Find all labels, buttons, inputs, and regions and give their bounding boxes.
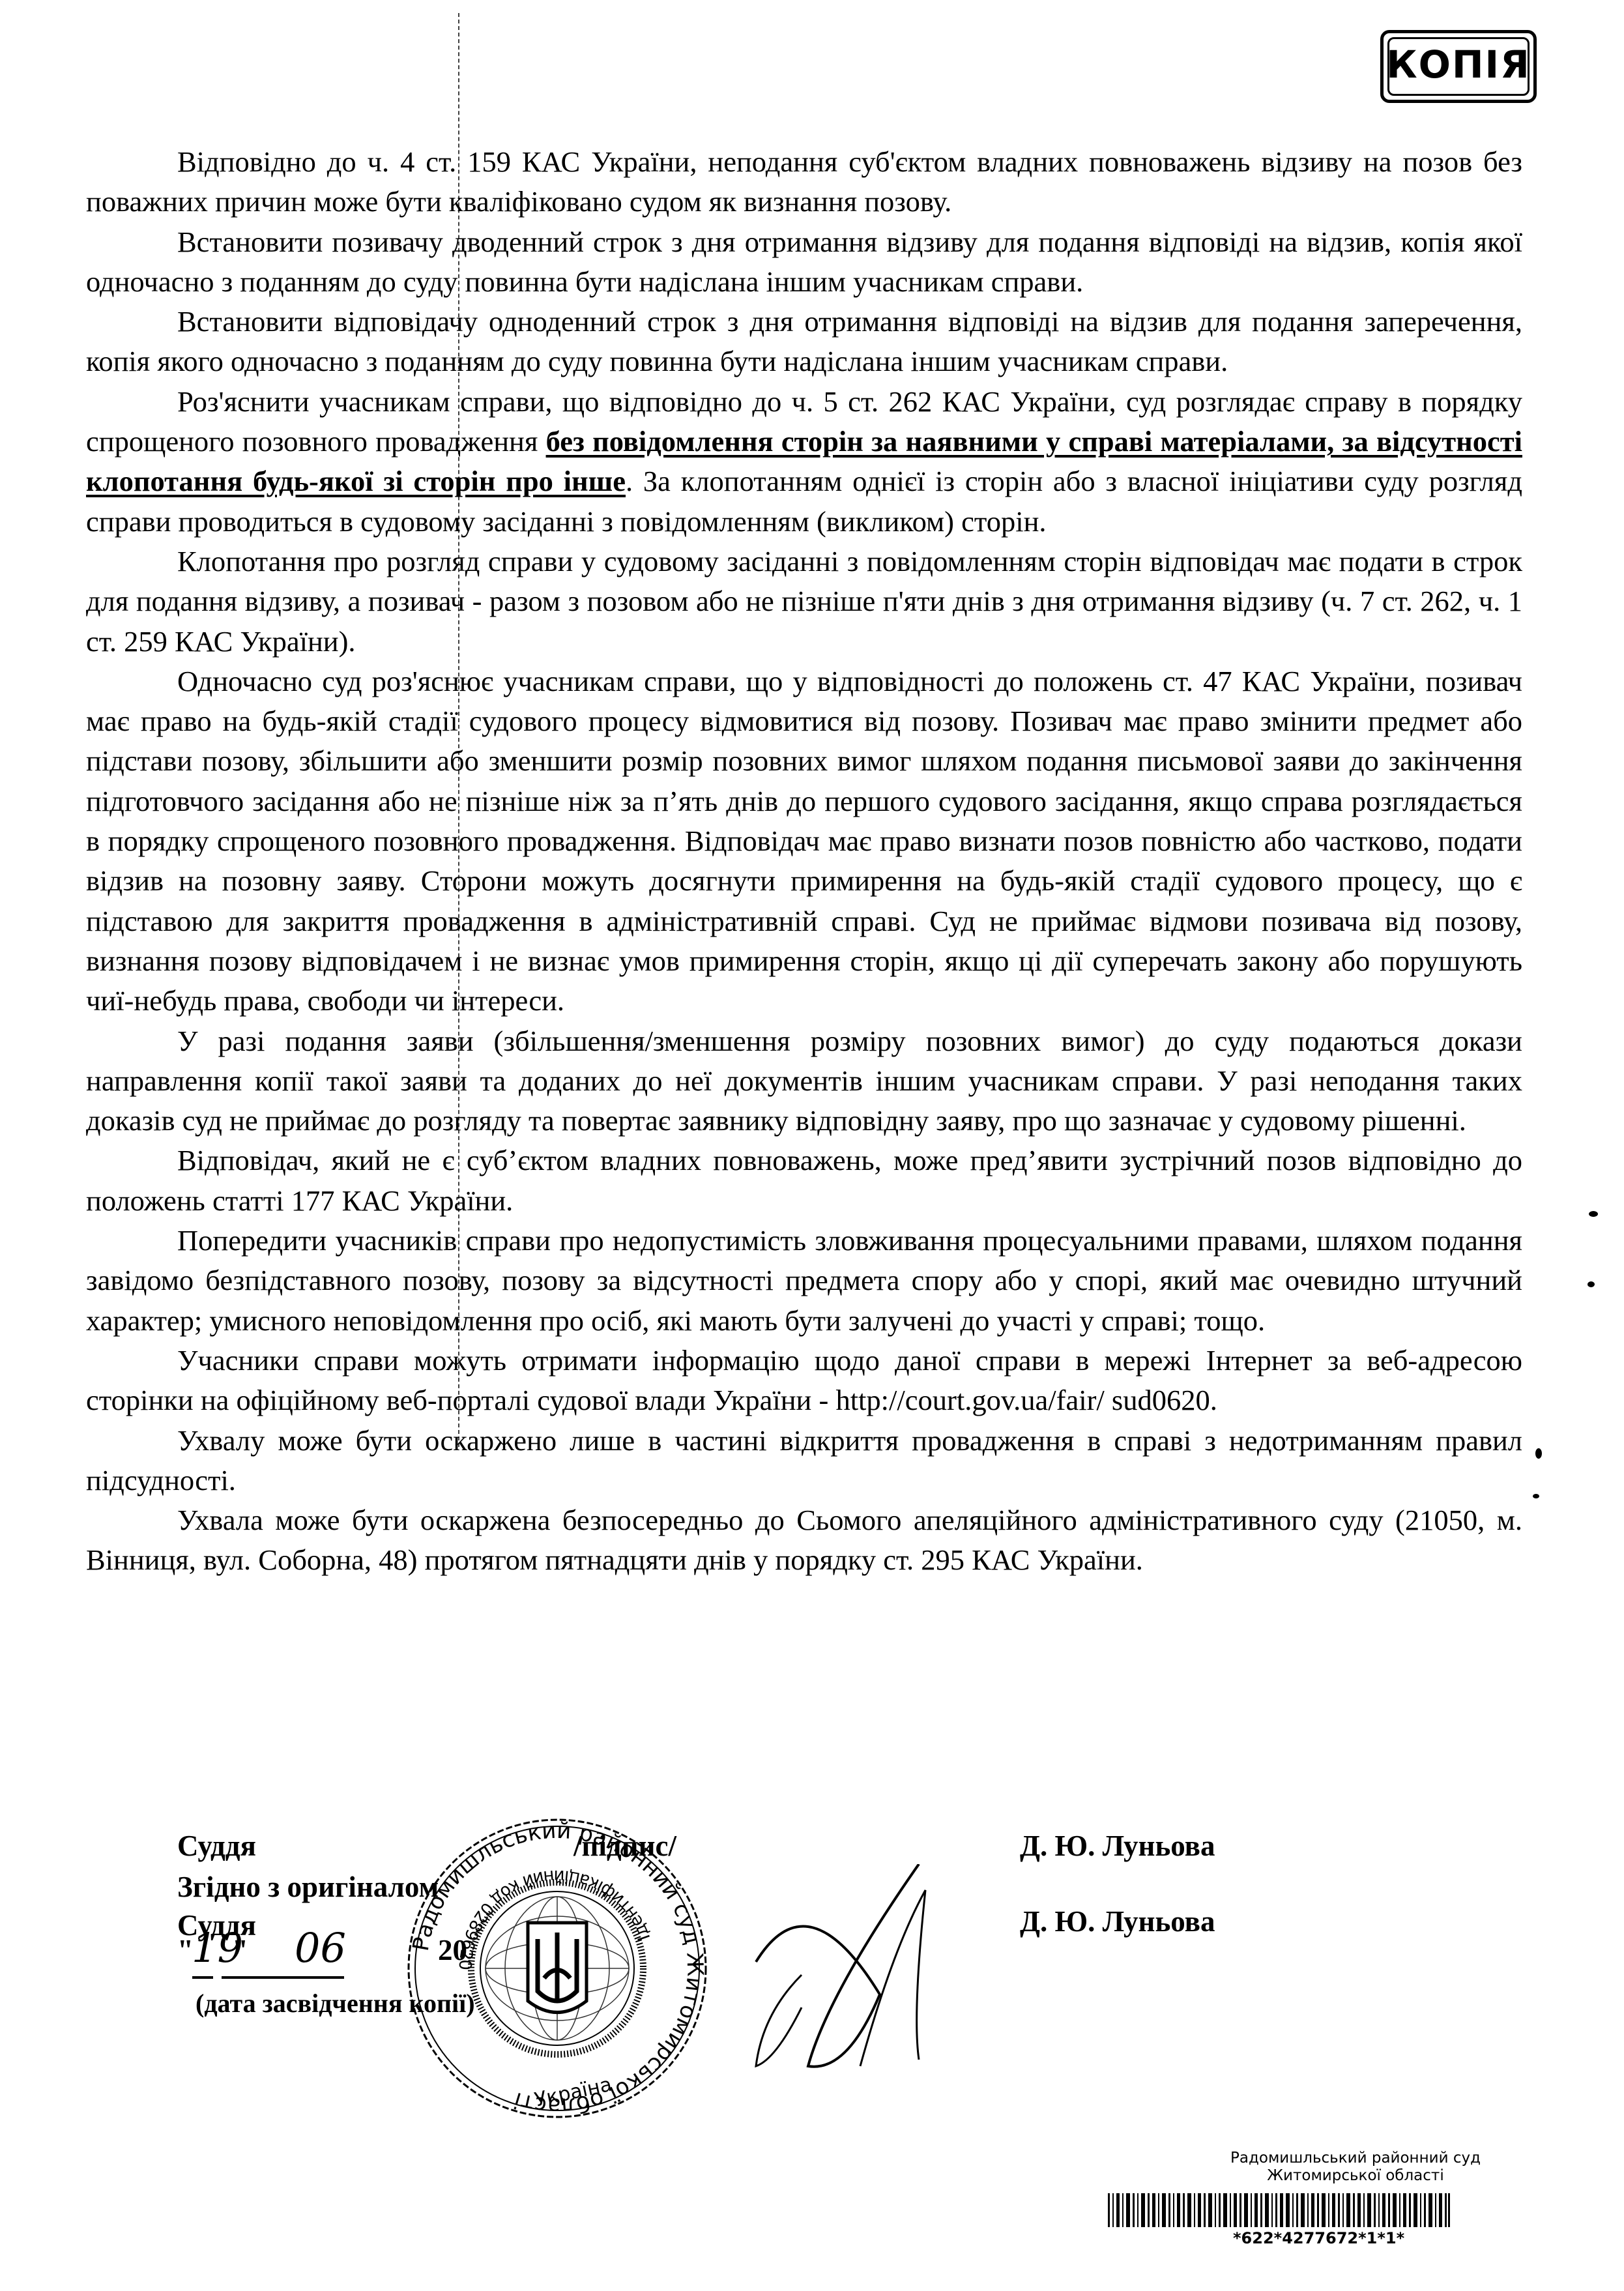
barcode-icon xyxy=(1108,2193,1450,2227)
barcode-value: *622*4277672*1*1* xyxy=(1173,2229,1499,2247)
court-name-line1: Радомишльський районний суд xyxy=(1173,2150,1538,2167)
copy-stamp: КОПІЯ xyxy=(1380,30,1537,103)
date-month-underline xyxy=(222,1976,344,1979)
paragraph-plaintiff-reply: Встановити позивачу дводенний строк з дн… xyxy=(86,222,1522,302)
scan-speck xyxy=(1588,1281,1595,1287)
scan-speck xyxy=(1589,1211,1598,1217)
scan-speck xyxy=(1535,1448,1542,1459)
date-year-prefix: 20 xyxy=(438,1933,467,1967)
judge-name-2: Д. Ю. Луньова xyxy=(1020,1904,1215,1938)
paragraph-response-deadline: Відповідно до ч. 4 ст. 159 КАС України, … xyxy=(86,142,1522,222)
document-page: КОПІЯ Відповідно до ч. 4 ст. 159 КАС Укр… xyxy=(0,0,1624,2291)
copy-stamp-label: КОПІЯ xyxy=(1384,42,1533,87)
paragraph-abuse-warning: Попередити учасників справи про недопуст… xyxy=(86,1221,1522,1341)
scan-speck xyxy=(1533,1494,1539,1498)
paragraph-claim-change: У разі подання заяви (збільшення/зменшен… xyxy=(86,1021,1522,1141)
date-day-underline xyxy=(192,1976,213,1979)
judge-name: Д. Ю. Луньова xyxy=(1020,1829,1215,1863)
paragraph-appeal-jurisdiction: Ухвалу може бути оскаржено лише в частин… xyxy=(86,1421,1522,1501)
signature-placeholder: /підпис/ xyxy=(573,1829,676,1863)
certified-copy-label: Згідно з оригіналом xyxy=(177,1870,439,1904)
paragraph-party-rights: Одночасно суд роз'яснює учасникам справи… xyxy=(86,662,1522,1021)
paragraph-appeal-court: Ухвала може бути оскаржена безпосередньо… xyxy=(86,1500,1522,1581)
date-caption: (дата засвідчення копії) xyxy=(196,1988,475,2019)
date-month: 06 xyxy=(295,1924,346,1972)
paragraph-defendant-objection: Встановити відповідачу одноденний строк … xyxy=(86,302,1522,382)
paragraph-hearing-motion: Клопотання про розгляд справи у судовому… xyxy=(86,542,1522,662)
judge-label: Суддя xyxy=(177,1829,256,1863)
paragraph-simplified-procedure: Роз'яснити учасникам справи, що відповід… xyxy=(86,382,1522,542)
court-footer: Радомишльський районний суд Житомирської… xyxy=(1173,2150,1538,2185)
paragraph-counterclaim: Відповідач, який не є суб’єктом владних … xyxy=(86,1141,1522,1221)
ruling-body: Відповідно до ч. 4 ст. 159 КАС України, … xyxy=(86,142,1522,1581)
court-name-line2: Житомирської області xyxy=(1173,2167,1538,2185)
paragraph-online-info: Учасники справи можуть отримати інформац… xyxy=(86,1341,1522,1421)
handwritten-signature-icon xyxy=(730,1864,951,2079)
